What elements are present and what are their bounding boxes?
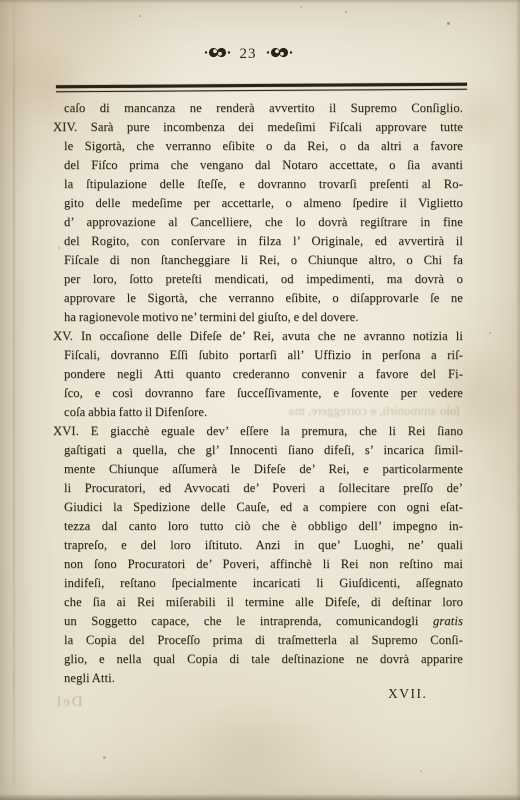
text-line: del Fiſco prima che vengano dal Notaro a… — [64, 156, 463, 175]
foxing-speck — [345, 11, 347, 13]
text-line: XVI. E giacchè eguale dev’ eſſere la pre… — [53, 422, 463, 441]
text-line: pondere negli Atti quanto crederanno con… — [64, 365, 463, 384]
printer-ornament-icon — [266, 46, 293, 64]
foxing-speck — [103, 756, 106, 759]
foxing-speck — [300, 6, 302, 8]
page-edge — [0, 0, 520, 3]
text-line: d’ approvazione al Cancelliere, che lo d… — [64, 213, 463, 232]
text-line: non ſono Procuratori de’ Poveri, affinch… — [64, 555, 463, 574]
text-line: glio, e nella qual Copia di tale deſtina… — [64, 650, 463, 669]
foxing-speck — [139, 15, 141, 17]
page-number: 23 — [240, 46, 257, 62]
foxing-speck — [420, 770, 422, 772]
text-block: caſo di mancanza ne renderà avvertito il… — [64, 99, 463, 688]
text-line: per loro, ſotto preteſti mendicati, od i… — [64, 270, 463, 289]
head-rule-thick — [56, 83, 467, 88]
foxing-speck — [489, 332, 491, 334]
text-line: del Rogito, con conſervare in filza l’ O… — [64, 232, 463, 251]
paper-stain — [180, 700, 330, 790]
bleedthrough-text: Del — [55, 694, 83, 711]
head-rule — [56, 83, 467, 92]
text-line: le Sigortà, che verranno eſibite o da Re… — [64, 137, 463, 156]
gutter-shadow — [0, 0, 34, 800]
text-line: che ſia ai Rei miſerabili il termine all… — [64, 593, 463, 612]
text-line: XV. In occaſione delle Difeſe de’ Rei, a… — [53, 327, 463, 346]
text-line: mente Chiunque aſſumerà le Difeſe de’ Re… — [64, 460, 463, 479]
catchword: XVII. — [388, 686, 427, 702]
text-line: caſo di mancanza ne renderà avvertito il… — [64, 99, 463, 118]
text-line: Fiſcale di non ſtancheggiare li Rei, o C… — [64, 251, 463, 270]
text-line: li Procuratori, ed Avvocati de’ Poveri a… — [64, 479, 463, 498]
book-page: 23 caſo di mancanza ne renderà avvertito… — [0, 0, 520, 800]
text-line: gito delle medeſime per accettarle, o al… — [64, 194, 463, 213]
text-line: tezza dal canto loro tutto ciò che è obb… — [64, 517, 463, 536]
text-line: approvare le Sigortà, che verranno eſibi… — [64, 289, 463, 308]
text-line: la ſtipulazione delle ſteſſe, e dovranno… — [64, 175, 463, 194]
paragraph: caſo di mancanza ne renderà avvertito il… — [64, 99, 463, 118]
text-line: un Soggetto capace, che le intraprenda, … — [64, 612, 463, 631]
page-fold-line — [13, 0, 15, 800]
running-head: 23 — [0, 46, 508, 64]
page-edge — [0, 794, 520, 800]
page-edge — [516, 0, 520, 800]
text-line: ha ragionevole motivo ne’ termini del gi… — [64, 308, 463, 327]
text-line: Fiſcali, dovranno Eſſi ſubito portarſi a… — [64, 346, 463, 365]
foxing-speck — [58, 247, 60, 249]
foxing-speck — [447, 22, 450, 25]
text-line: XIV. Sarà pure incombenza dei medeſimi F… — [53, 118, 463, 137]
text-line: la Copia del Proceſſo prima di traſmette… — [64, 631, 463, 650]
head-rule-thin — [56, 88, 467, 92]
printer-ornament-icon — [204, 46, 231, 64]
text-line: Giudici la Spedizione delle Cauſe, ed a … — [64, 498, 463, 517]
text-line: ſco, e così dovranno fare ſucceſſivament… — [64, 384, 463, 403]
text-line: trapreſo, e del loro iſtituto. Anzi in q… — [64, 536, 463, 555]
paragraph: XIV. Sarà pure incombenza dei medeſimi F… — [64, 118, 463, 327]
text-line: indifeſi, reſtano ſpecialmente incaricat… — [64, 574, 463, 593]
paragraph: XVI. E giacchè eguale dev’ eſſere la pre… — [64, 422, 463, 688]
bleedthrough-text: ſolo ammonirli, e correggere, ma — [178, 403, 460, 419]
text-line: gaſtigati a quella, che gl’ Innocenti ſi… — [64, 441, 463, 460]
